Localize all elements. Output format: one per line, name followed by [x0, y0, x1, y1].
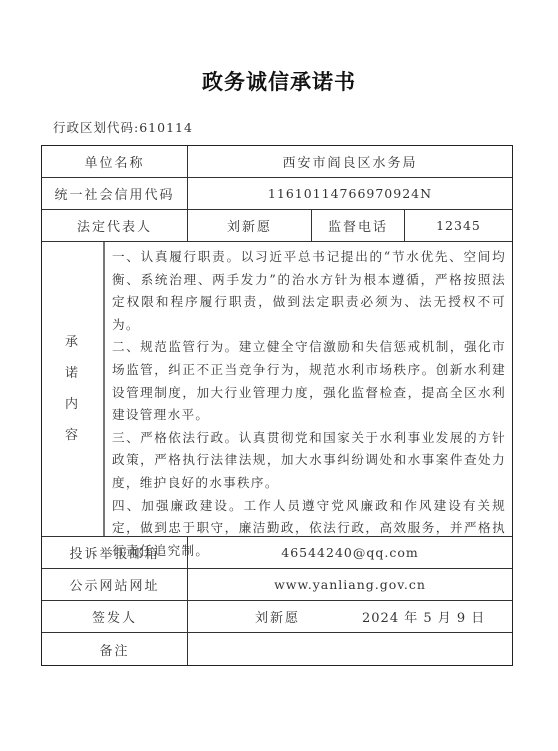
commitment-label-char: 容: [65, 420, 80, 451]
unit-name-value: 西安市阎良区水务局: [187, 146, 512, 177]
phone-label: 监督电话: [311, 210, 404, 241]
row-remarks: 备注: [42, 633, 512, 665]
commitment-paragraph-2: 二、规范监管行为。建立健全守信激励和失信惩戒机制，强化市场监管，纠正不正当竞争行…: [112, 336, 506, 426]
legal-rep-label: 法定代表人: [42, 210, 187, 241]
sign-date: 2024 年 5 月 9 日: [362, 607, 485, 626]
commitment-content: 一、认真履行职责。以习近平总书记提出的“节水优先、空间均衡、系统治理、两手发力”…: [103, 242, 512, 536]
legal-rep-value: 刘新愿: [187, 210, 311, 241]
signer-label: 签发人: [42, 601, 187, 632]
commitment-label-char: 诺: [65, 358, 80, 389]
credit-code-value: 11610114766970924N: [187, 178, 512, 209]
row-commitment: 承 诺 内 容 一、认真履行职责。以习近平总书记提出的“节水优先、空间均衡、系统…: [42, 242, 512, 537]
row-legal-rep: 法定代表人 刘新愿 监督电话 12345: [42, 210, 512, 242]
commitment-paragraph-3: 三、严格依法行政。认真贯彻党和国家关于水利事业发展的方针政策，严格执行法律法规，…: [112, 427, 506, 495]
commitment-label: 承 诺 内 容: [42, 242, 103, 536]
complaint-email-value: 46544240@qq.com: [187, 537, 512, 568]
unit-name-label: 单位名称: [42, 146, 187, 177]
commitment-label-char: 承: [65, 327, 80, 358]
phone-value: 12345: [404, 210, 512, 241]
document-title: 政务诚信承诺书: [0, 66, 558, 96]
commitment-paragraph-1: 一、认真履行职责。以习近平总书记提出的“节水优先、空间均衡、系统治理、两手发力”…: [112, 246, 506, 336]
website-value: www.yanliang.gov.cn: [187, 569, 512, 600]
row-website: 公示网站网址 www.yanliang.gov.cn: [42, 569, 512, 601]
commitment-table: 单位名称 西安市阎良区水务局 统一社会信用代码 1161011476697092…: [41, 145, 513, 666]
credit-code-label: 统一社会信用代码: [42, 178, 187, 209]
row-complaint-email: 投诉举报邮箱 46544240@qq.com: [42, 537, 512, 569]
commitment-label-char: 内: [65, 389, 80, 420]
signer-value: 刘新愿 2024 年 5 月 9 日: [187, 601, 512, 632]
row-credit-code: 统一社会信用代码 11610114766970924N: [42, 178, 512, 210]
row-signer: 签发人 刘新愿 2024 年 5 月 9 日: [42, 601, 512, 633]
signer-name: 刘新愿: [255, 607, 300, 626]
row-unit-name: 单位名称 西安市阎良区水务局: [42, 146, 512, 178]
remarks-value: [187, 633, 512, 665]
website-label: 公示网站网址: [42, 569, 187, 600]
region-code: 行政区划代码:610114: [53, 118, 193, 136]
complaint-email-label: 投诉举报邮箱: [42, 537, 187, 568]
remarks-label: 备注: [42, 633, 187, 665]
